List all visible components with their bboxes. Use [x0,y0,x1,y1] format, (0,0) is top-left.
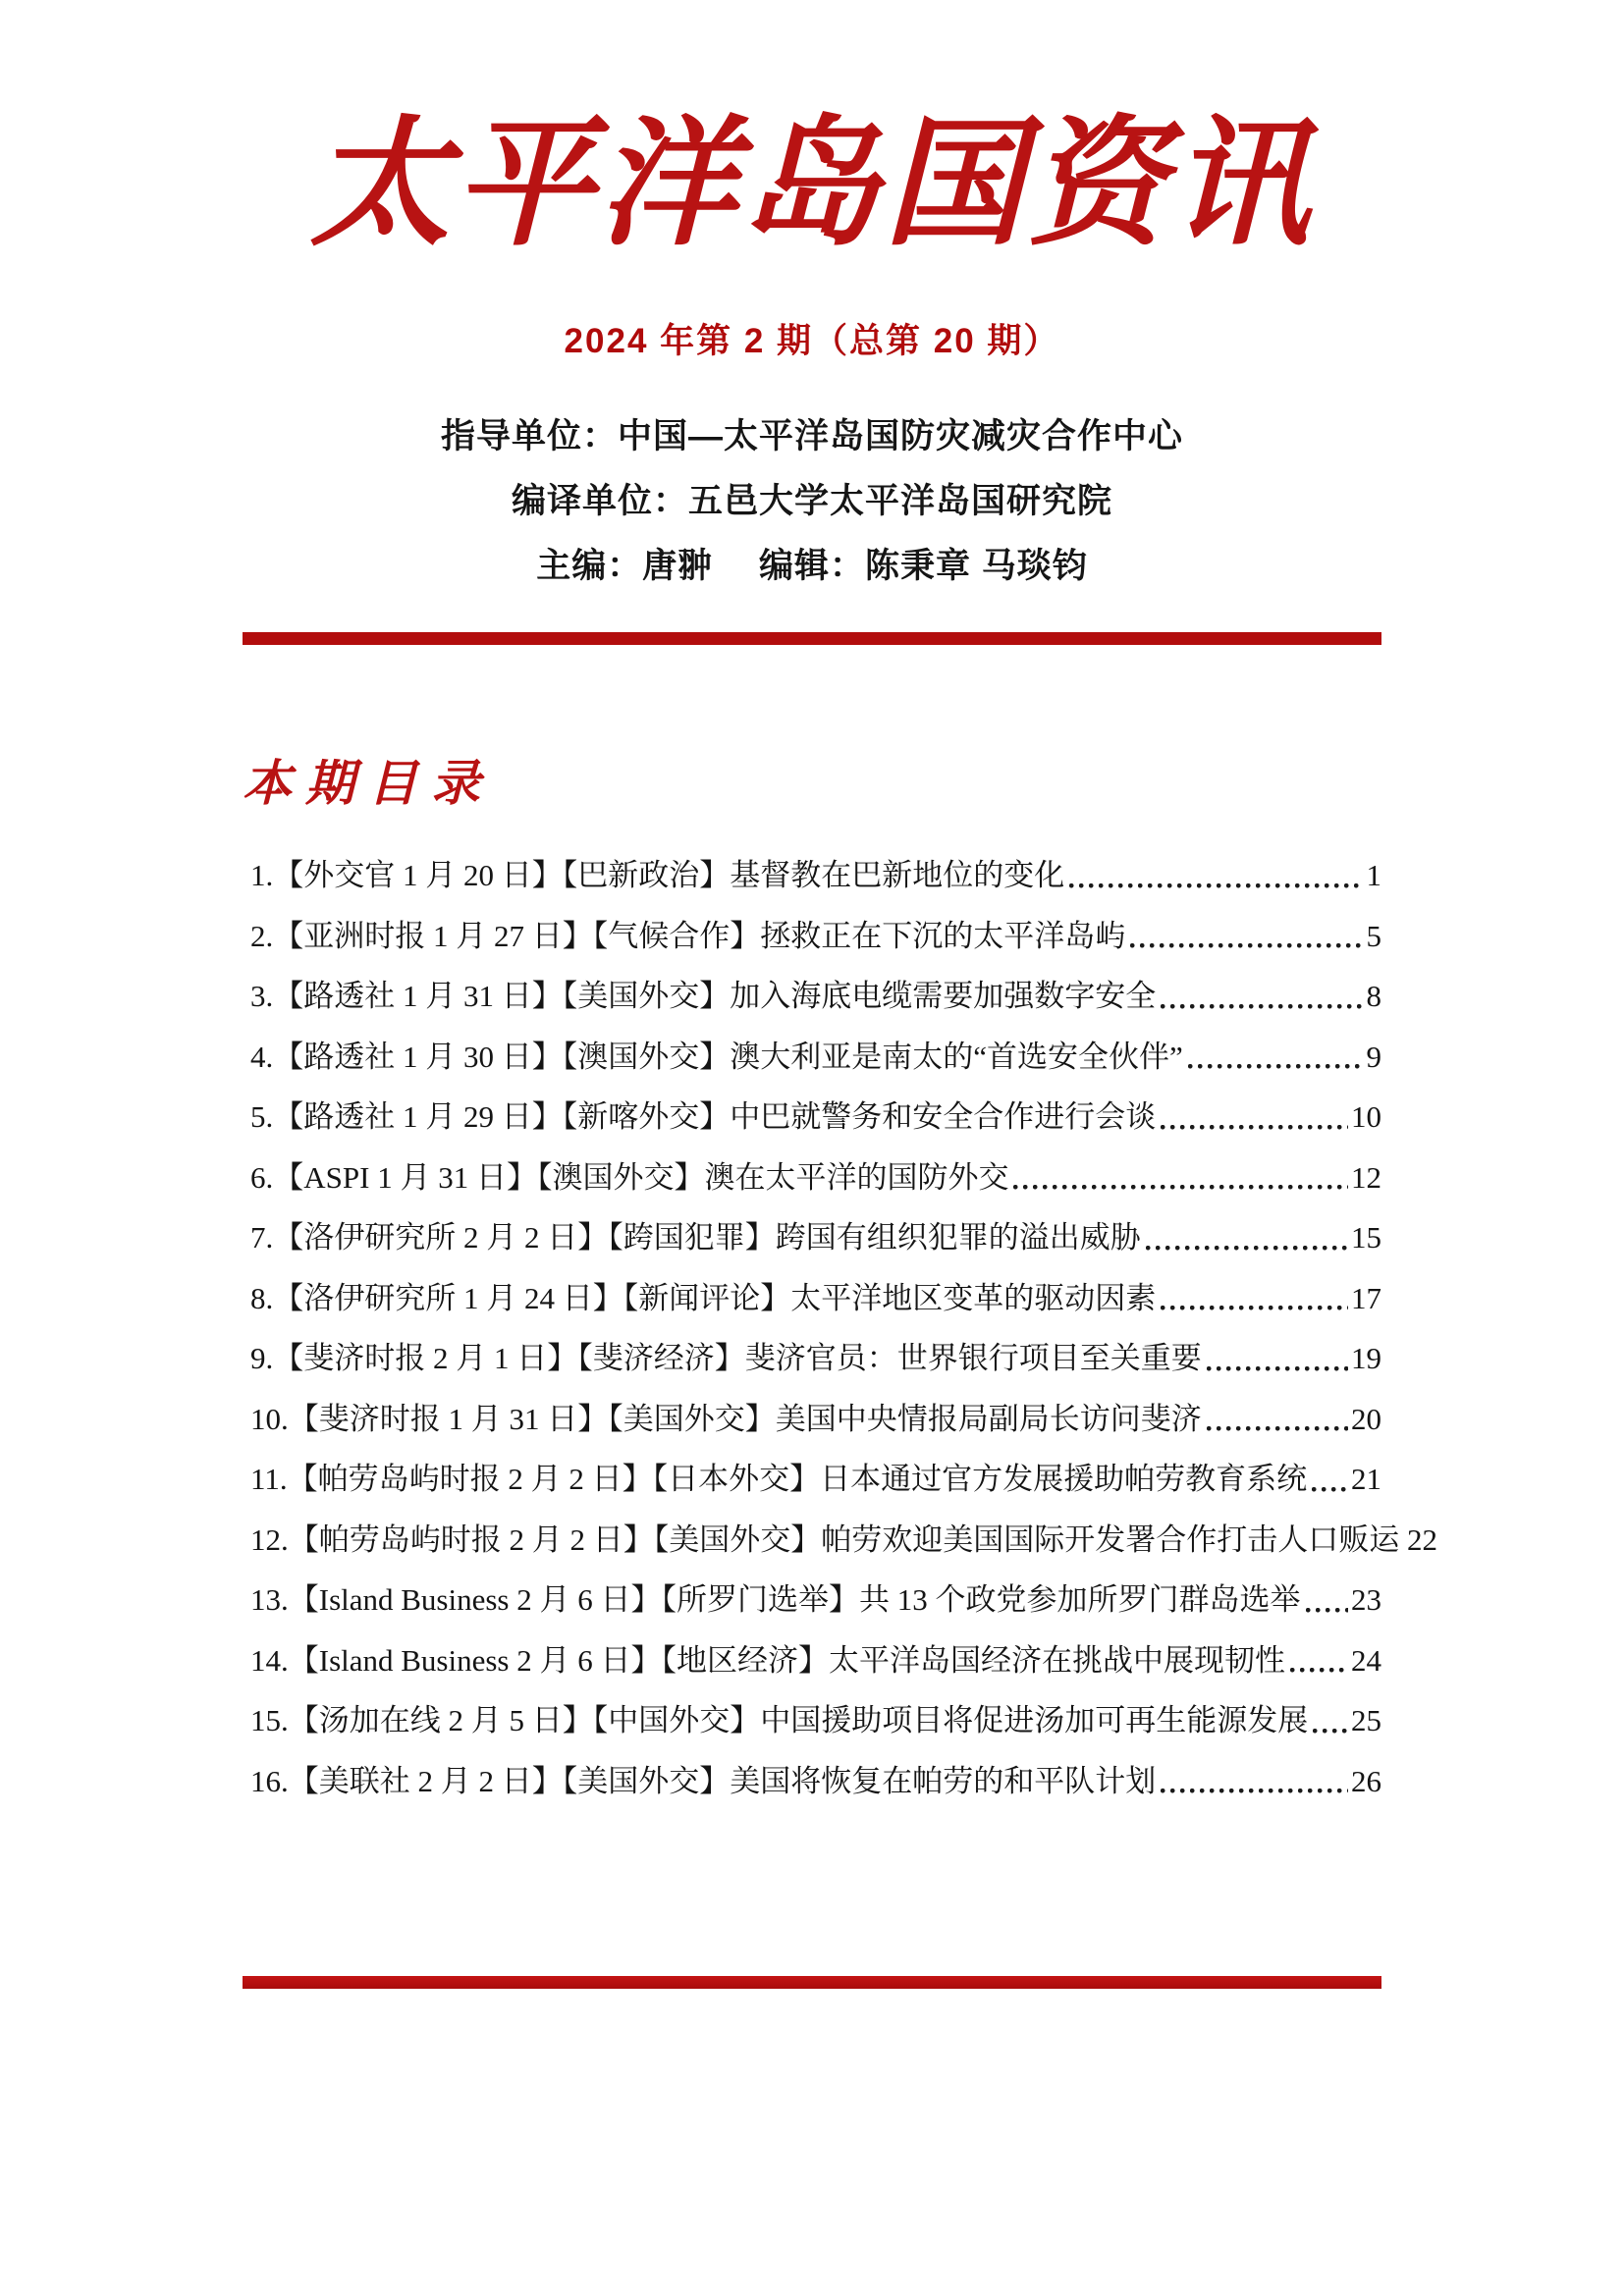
toc-entry-row: 5.【路透社 1 月 29 日】【新喀外交】中巴就警务和安全合作进行会谈 10 [243,1087,1381,1148]
toc-entry-row: 6.【ASPI 1 月 31 日】【澳国外交】澳在太平洋的国防外交 12 [243,1148,1381,1208]
toc-dot-leader [1161,966,1363,1027]
toc-entry-text: 4.【路透社 1 月 30 日】【澳国外交】澳大利亚是南太的“首选安全伙伴” [250,1027,1183,1088]
issue-number-line: 2024 年第 2 期（总第 20 期） [243,320,1381,363]
organization-lines: 指导单位：中国—太平洋岛国防灾减灾合作中心 编译单位：五邑大学太平洋岛国研究院 … [243,404,1381,599]
toc-entry-text: 15.【汤加在线 2 月 5 日】【中国外交】中国援助项目将促进汤加可再生能源发… [250,1690,1308,1751]
toc-dot-leader [1161,1751,1348,1812]
toc-heading: 本期目录 [243,753,1381,814]
toc-dot-leader [1161,1087,1348,1148]
toc-entry-page-number: 23 [1351,1570,1381,1630]
toc-dot-leader [1207,1389,1348,1450]
toc-entry-row: 1.【外交官 1 月 20 日】【巴新政治】基督教在巴新地位的变化 1 [243,845,1381,906]
toc-dot-leader [1069,845,1363,906]
toc-entry-page-number: 19 [1351,1328,1381,1389]
toc-entry-text: 11.【帕劳岛屿时报 2 月 2 日】【日本外交】日本通过官方发展援助帕劳教育系… [250,1449,1307,1510]
toc-entry-text: 12.【帕劳岛屿时报 2 月 2 日】【美国外交】帕劳欢迎美国国际开发署合作打击… [250,1510,1407,1571]
toc-entry-page-number: 25 [1351,1690,1381,1751]
toc-entry-text: 8.【洛伊研究所 1 月 24 日】【新闻评论】太平洋地区变革的驱动因素 [250,1268,1156,1329]
toc-entry-row: 9.【斐济时报 2 月 1 日】【斐济经济】斐济官员：世界银行项目至关重要 19 [243,1328,1381,1389]
toc-entry-text: 13.【Island Business 2 月 6 日】【所罗门选举】共 13 … [250,1570,1301,1630]
toc-entry-page-number: 8 [1367,966,1382,1027]
toc-entry-row: 12.【帕劳岛屿时报 2 月 2 日】【美国外交】帕劳欢迎美国国际开发署合作打击… [243,1510,1381,1571]
toc-entry-page-number: 12 [1351,1148,1381,1208]
toc-entry-page-number: 21 [1351,1449,1381,1510]
toc-entry-text: 9.【斐济时报 2 月 1 日】【斐济经济】斐济官员：世界银行项目至关重要 [250,1328,1202,1389]
toc-entry-text: 16.【美联社 2 月 2 日】【美国外交】美国将恢复在帕劳的和平队计划 [250,1751,1156,1812]
newsletter-title: 太平洋岛国资讯 [243,90,1381,277]
supervisor-unit-line: 指导单位：中国—太平洋岛国防灾减灾合作中心 [243,404,1381,469]
toc-entry-page-number: 15 [1351,1207,1381,1268]
toc-entry-text: 14.【Island Business 2 月 6 日】【地区经济】太平洋岛国经… [250,1630,1285,1691]
toc-dot-leader [1290,1630,1348,1691]
toc-entry-row: 8.【洛伊研究所 1 月 24 日】【新闻评论】太平洋地区变革的驱动因素 17 [243,1268,1381,1329]
toc-entry-text: 7.【洛伊研究所 2 月 2 日】【跨国犯罪】跨国有组织犯罪的溢出威胁 [250,1207,1141,1268]
toc-entry-page-number: 20 [1351,1389,1381,1450]
toc-entry-row: 11.【帕劳岛屿时报 2 月 2 日】【日本外交】日本通过官方发展援助帕劳教育系… [243,1449,1381,1510]
toc-entry-page-number: 1 [1367,845,1382,906]
toc-entry-row: 10.【斐济时报 1 月 31 日】【美国外交】美国中央情报局副局长访问斐济 2… [243,1389,1381,1450]
toc-dot-leader [1161,1268,1348,1329]
toc-entry-text: 5.【路透社 1 月 29 日】【新喀外交】中巴就警务和安全合作进行会谈 [250,1087,1156,1148]
toc-entry-row: 16.【美联社 2 月 2 日】【美国外交】美国将恢复在帕劳的和平队计划 26 [243,1751,1381,1812]
toc-entry-page-number: 24 [1351,1630,1381,1691]
toc-dot-leader [1013,1148,1348,1208]
toc-dot-leader [1207,1328,1348,1389]
toc-entry-row: 13.【Island Business 2 月 6 日】【所罗门选举】共 13 … [243,1570,1381,1630]
toc-entry-row: 3.【路透社 1 月 31 日】【美国外交】加入海底电缆需要加强数字安全 8 [243,966,1381,1027]
toc-dot-leader [1312,1449,1348,1510]
toc-dot-leader [1130,906,1363,967]
toc-entry-page-number: 26 [1351,1751,1381,1812]
toc-entry-row: 7.【洛伊研究所 2 月 2 日】【跨国犯罪】跨国有组织犯罪的溢出威胁 15 [243,1207,1381,1268]
toc-entry-page-number: 5 [1367,906,1382,967]
toc-entry-page-number: 10 [1351,1087,1381,1148]
toc-entry-page-number: 22 [1407,1510,1437,1571]
toc-entry-text: 10.【斐济时报 1 月 31 日】【美国外交】美国中央情报局副局长访问斐济 [250,1389,1202,1450]
toc-entry-row: 15.【汤加在线 2 月 5 日】【中国外交】中国援助项目将促进汤加可再生能源发… [243,1690,1381,1751]
newsletter-cover-page: { "colors": { "title_red": "#b81313", "i… [0,0,1624,2296]
toc-entry-text: 2.【亚洲时报 1 月 27 日】【气候合作】拯救正在下沉的太平洋岛屿 [250,906,1125,967]
toc-entry-text: 1.【外交官 1 月 20 日】【巴新政治】基督教在巴新地位的变化 [250,845,1064,906]
toc-entry-row: 2.【亚洲时报 1 月 27 日】【气候合作】拯救正在下沉的太平洋岛屿 5 [243,906,1381,967]
toc-entry-row: 14.【Island Business 2 月 6 日】【地区经济】太平洋岛国经… [243,1630,1381,1691]
toc-entry-page-number: 17 [1351,1268,1381,1329]
toc-entry-page-number: 9 [1367,1027,1382,1088]
top-red-rule [243,632,1381,645]
toc-dot-leader [1306,1570,1349,1630]
toc-dot-leader [1146,1207,1348,1268]
toc-dot-leader [1188,1027,1364,1088]
translator-unit-line: 编译单位：五邑大学太平洋岛国研究院 [243,469,1381,534]
bottom-red-rule [243,1976,1381,1989]
toc-entry-text: 6.【ASPI 1 月 31 日】【澳国外交】澳在太平洋的国防外交 [250,1148,1008,1208]
page-content: 太平洋岛国资讯 2024 年第 2 期（总第 20 期） 指导单位：中国—太平洋… [243,90,1381,1989]
toc-dot-leader [1313,1690,1348,1751]
toc-entry-text: 3.【路透社 1 月 31 日】【美国外交】加入海底电缆需要加强数字安全 [250,966,1156,1027]
toc-list: 1.【外交官 1 月 20 日】【巴新政治】基督教在巴新地位的变化 1 2.【亚… [243,845,1381,1811]
editors-line: 主编：唐翀 编辑：陈秉章 马琰钧 [243,534,1381,599]
toc-entry-row: 4.【路透社 1 月 30 日】【澳国外交】澳大利亚是南太的“首选安全伙伴” 9 [243,1027,1381,1088]
